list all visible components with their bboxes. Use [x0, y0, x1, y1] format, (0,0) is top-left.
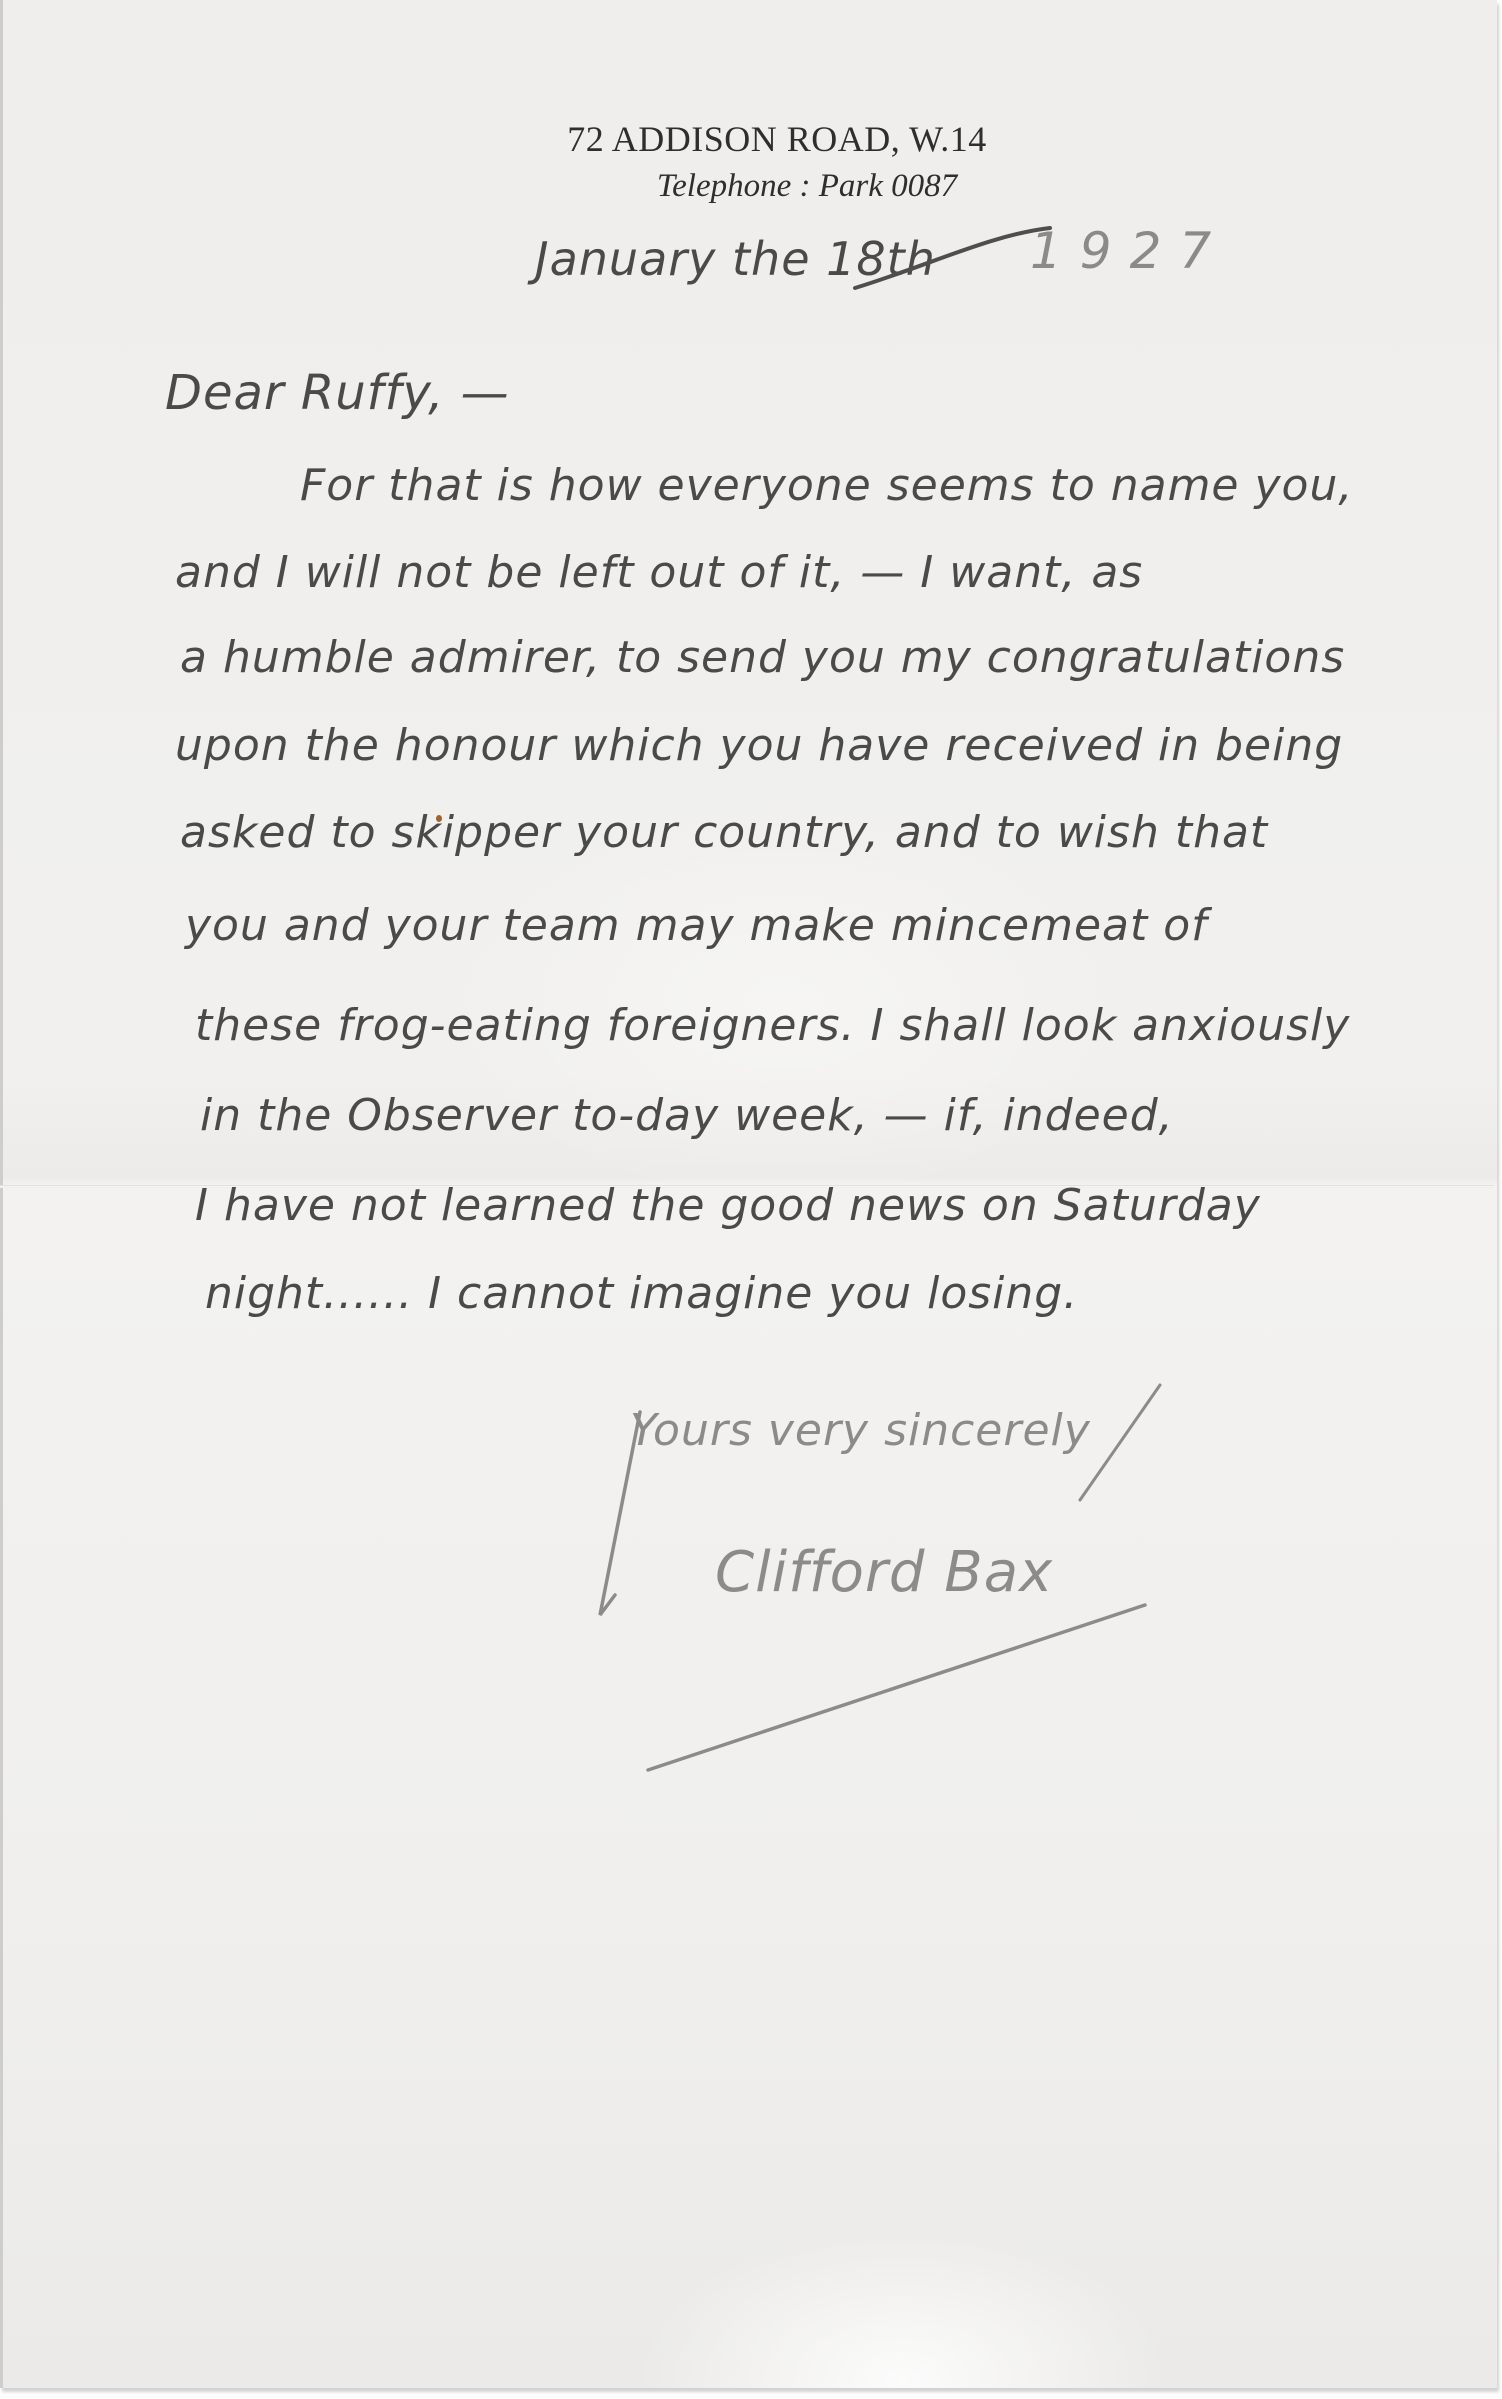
pen-flourishes — [0, 0, 1502, 2399]
date-flourish — [855, 228, 1050, 288]
closing-stroke — [600, 1412, 640, 1615]
closing-stroke-right — [1080, 1385, 1160, 1500]
ink-spot — [436, 815, 442, 822]
signature-underline — [648, 1605, 1145, 1770]
